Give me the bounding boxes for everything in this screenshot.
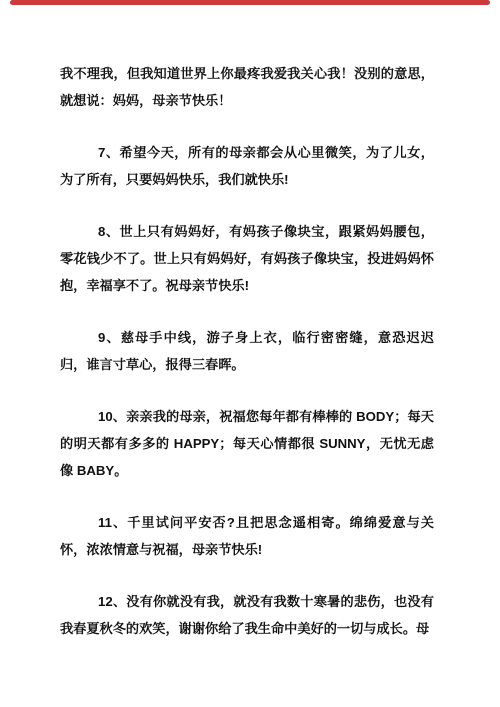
document-page: { "page": { "background_color": "#ffffff… xyxy=(0,0,500,707)
paragraph-item-6-continuation: 我不理我，但我知道世界上你最疼我爱我关心我！没别的意思，就想说：妈妈，母亲节快乐… xyxy=(60,60,434,114)
paragraph-item-11: 11、千里试问平安否?且把思念遥相寄。绵绵爱意与关怀，浓浓情意与祝福，母亲节快乐… xyxy=(60,509,434,563)
paragraph-item-9: 9、慈母手中线，游子身上衣，临行密密缝，意恐迟迟归，谁言寸草心，报得三春晖。 xyxy=(60,324,434,378)
top-red-bar xyxy=(10,0,490,5)
document-content: 我不理我，但我知道世界上你最疼我爱我关心我！没别的意思，就想说：妈妈，母亲节快乐… xyxy=(60,60,434,667)
paragraph-item-7: 7、希望今天，所有的母亲都会从心里微笑，为了儿女，为了所有，只要妈妈快乐，我们就… xyxy=(60,139,434,193)
paragraph-item-10: 10、亲亲我的母亲，祝福您每年都有棒棒的 BODY；每天的明天都有多多的 HAP… xyxy=(60,403,434,484)
paragraph-item-12: 12、没有你就没有我，就没有我数十寒暑的悲伤，也没有我春夏秋冬的欢笑，谢谢你给了… xyxy=(60,588,434,642)
paragraph-item-8: 8、世上只有妈妈好，有妈孩子像块宝，跟紧妈妈腰包，零花钱少不了。世上只有妈妈好，… xyxy=(60,218,434,299)
